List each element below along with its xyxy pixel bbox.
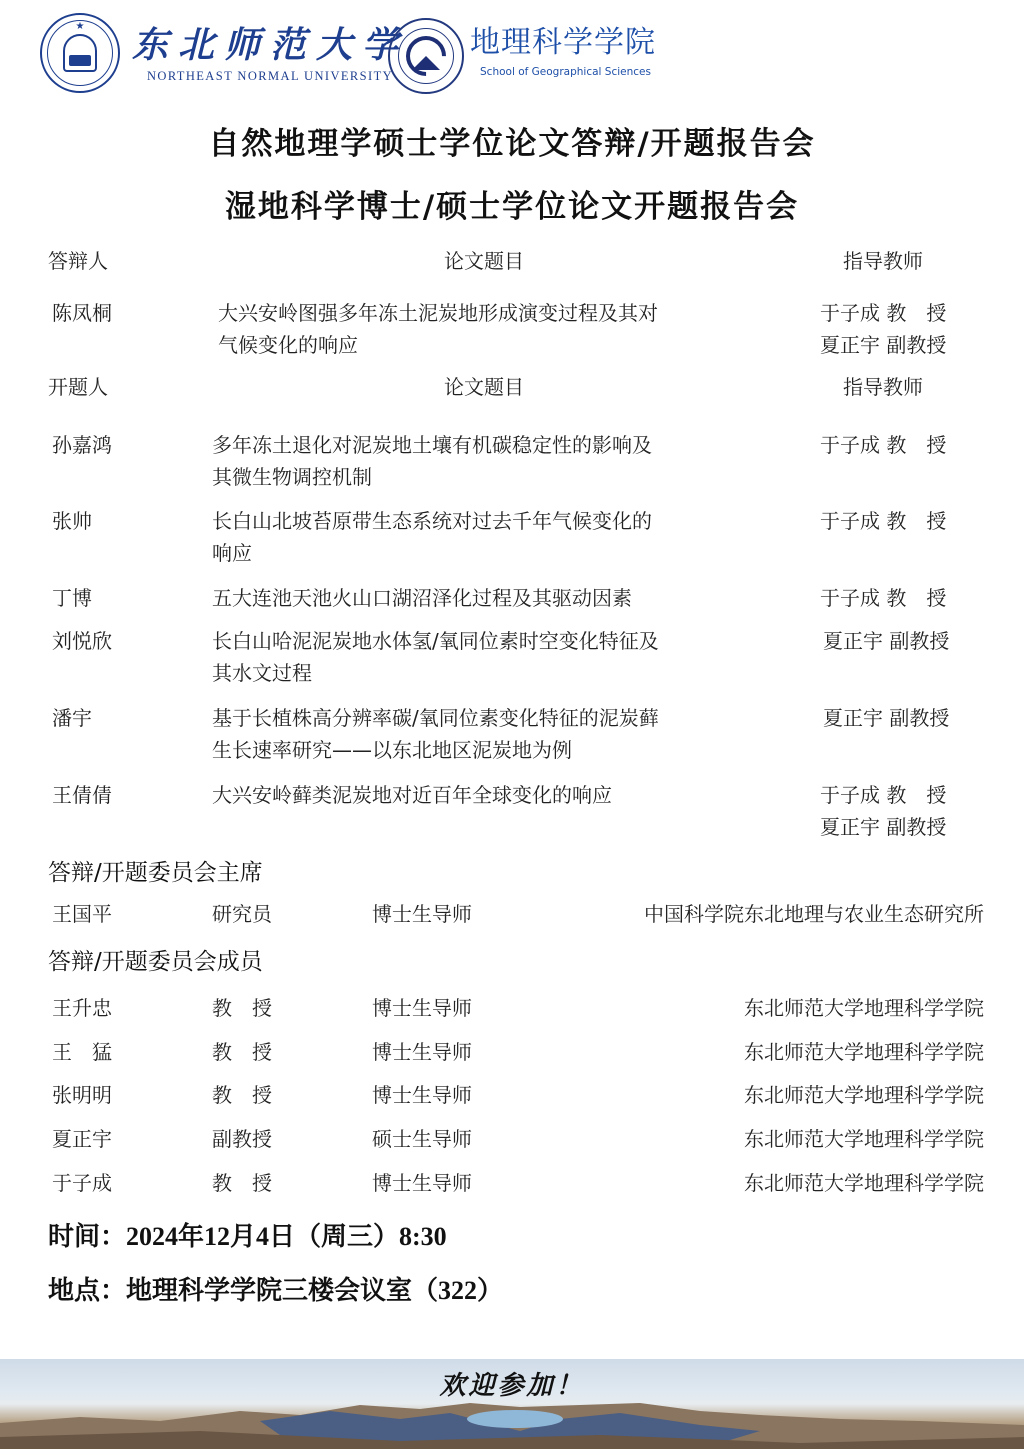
advisors: 于子成 教 授 xyxy=(820,582,980,614)
member-name: 于子成 xyxy=(52,1167,112,1199)
book-emblem-icon xyxy=(63,34,97,72)
school-name-cn: 地理科学学院 xyxy=(470,22,656,64)
event-location: 地点：地理科学学院三楼会议室（322） xyxy=(48,1270,503,1307)
member-title: 教 授 xyxy=(212,1167,272,1199)
student-name: 刘悦欣 xyxy=(52,625,112,657)
member-institution: 中国科学院东北地理与农业生态研究所 xyxy=(644,898,984,930)
member-title: 研究员 xyxy=(212,898,272,930)
thesis-topic: 五大连池天池火山口湖沼泽化过程及其驱动因素 xyxy=(212,582,772,614)
thesis-topic: 大兴安岭藓类泥炭地对近百年全球变化的响应 xyxy=(212,779,772,811)
member-supervisor-level: 博士生导师 xyxy=(372,1079,472,1111)
thesis-topic: 基于长植株高分辨率碳/氧同位素变化特征的泥炭藓 生长速率研究——以东北地区泥炭地… xyxy=(212,702,772,766)
thesis-topic: 大兴安岭图强多年冻土泥炭地形成演变过程及其对 气候变化的响应 xyxy=(218,297,778,361)
member-name: 夏正宇 xyxy=(52,1123,112,1155)
mountain-lake-illustration xyxy=(0,1401,1024,1449)
advisors: 于子成 教 授 夏正宇 副教授 xyxy=(820,779,980,843)
thesis-topic: 长白山哈泥泥炭地水体氢/氧同位素时空变化特征及 其水文过程 xyxy=(212,625,772,689)
school-name-en: School of Geographical Sciences xyxy=(480,66,656,78)
mountain-icon xyxy=(412,56,440,70)
school-seal-logo xyxy=(388,18,464,94)
member-institution: 东北师范大学地理科学学院 xyxy=(744,992,984,1024)
student-name: 孙嘉鸿 xyxy=(52,429,112,461)
advisors: 夏正宇 副教授 xyxy=(823,625,983,657)
advisors: 夏正宇 副教授 xyxy=(823,702,983,734)
column-header-topic: 论文题目 xyxy=(444,371,524,403)
member-supervisor-level: 博士生导师 xyxy=(372,1036,472,1068)
member-institution: 东北师范大学地理科学学院 xyxy=(744,1123,984,1155)
column-header-proposer: 开题人 xyxy=(48,371,108,403)
member-title: 教 授 xyxy=(212,1036,272,1068)
member-name: 王 猛 xyxy=(52,1036,112,1068)
member-title: 教 授 xyxy=(212,1079,272,1111)
committee-chair-heading: 答辩/开题委员会主席 xyxy=(48,854,263,887)
member-institution: 东北师范大学地理科学学院 xyxy=(744,1036,984,1068)
welcome-text: 欢迎参加！ xyxy=(0,1365,1024,1402)
university-name-en: NORTHEAST NORMAL UNIVERSITY xyxy=(147,69,393,84)
member-supervisor-level: 博士生导师 xyxy=(372,898,472,930)
footer-banner-landscape: 欢迎参加！ xyxy=(0,1359,1024,1449)
column-header-topic: 论文题目 xyxy=(444,245,524,277)
student-name: 王倩倩 xyxy=(52,779,112,811)
column-header-defender: 答辩人 xyxy=(48,245,108,277)
column-header-advisor: 指导教师 xyxy=(843,371,923,403)
column-header-advisor: 指导教师 xyxy=(843,245,923,277)
member-supervisor-level: 博士生导师 xyxy=(372,1167,472,1199)
page-title-line2: 湿地科学博士/硕士学位论文开题报告会 xyxy=(0,181,1024,226)
member-name: 王升忠 xyxy=(52,992,112,1024)
member-name: 王国平 xyxy=(52,898,112,930)
student-name: 潘宇 xyxy=(52,702,92,734)
advisors: 于子成 教 授 xyxy=(820,505,980,537)
member-supervisor-level: 硕士生导师 xyxy=(372,1123,472,1155)
university-logo-group: ★ 东北师范大学 NORTHEAST NORMAL UNIVERSITY xyxy=(40,18,408,88)
nenu-seal-logo: ★ xyxy=(40,13,120,93)
university-name-cn: 东北师范大学 xyxy=(132,23,408,67)
member-title: 副教授 xyxy=(212,1123,272,1155)
advisors: 于子成 教 授 xyxy=(820,429,980,461)
page-title-line1: 自然地理学硕士学位论文答辩/开题报告会 xyxy=(0,118,1024,163)
advisors: 于子成 教 授 夏正宇 副教授 xyxy=(820,297,980,361)
member-supervisor-level: 博士生导师 xyxy=(372,992,472,1024)
thesis-topic: 多年冻土退化对泥炭地土壤有机碳稳定性的影响及 其微生物调控机制 xyxy=(212,429,772,493)
member-institution: 东北师范大学地理科学学院 xyxy=(744,1167,984,1199)
committee-members-heading: 答辩/开题委员会成员 xyxy=(48,943,263,976)
school-logo-text: 地理科学学院 School of Geographical Sciences xyxy=(470,22,656,78)
event-time: 时间：2024年12月4日（周三）8:30 xyxy=(48,1216,447,1253)
star-icon: ★ xyxy=(76,22,85,32)
student-name: 张帅 xyxy=(52,505,92,537)
member-title: 教 授 xyxy=(212,992,272,1024)
member-institution: 东北师范大学地理科学学院 xyxy=(744,1079,984,1111)
student-name: 陈凤桐 xyxy=(52,297,112,329)
thesis-topic: 长白山北坡苔原带生态系统对过去千年气候变化的 响应 xyxy=(212,505,772,569)
student-name: 丁博 xyxy=(52,582,92,614)
member-name: 张明明 xyxy=(52,1079,112,1111)
